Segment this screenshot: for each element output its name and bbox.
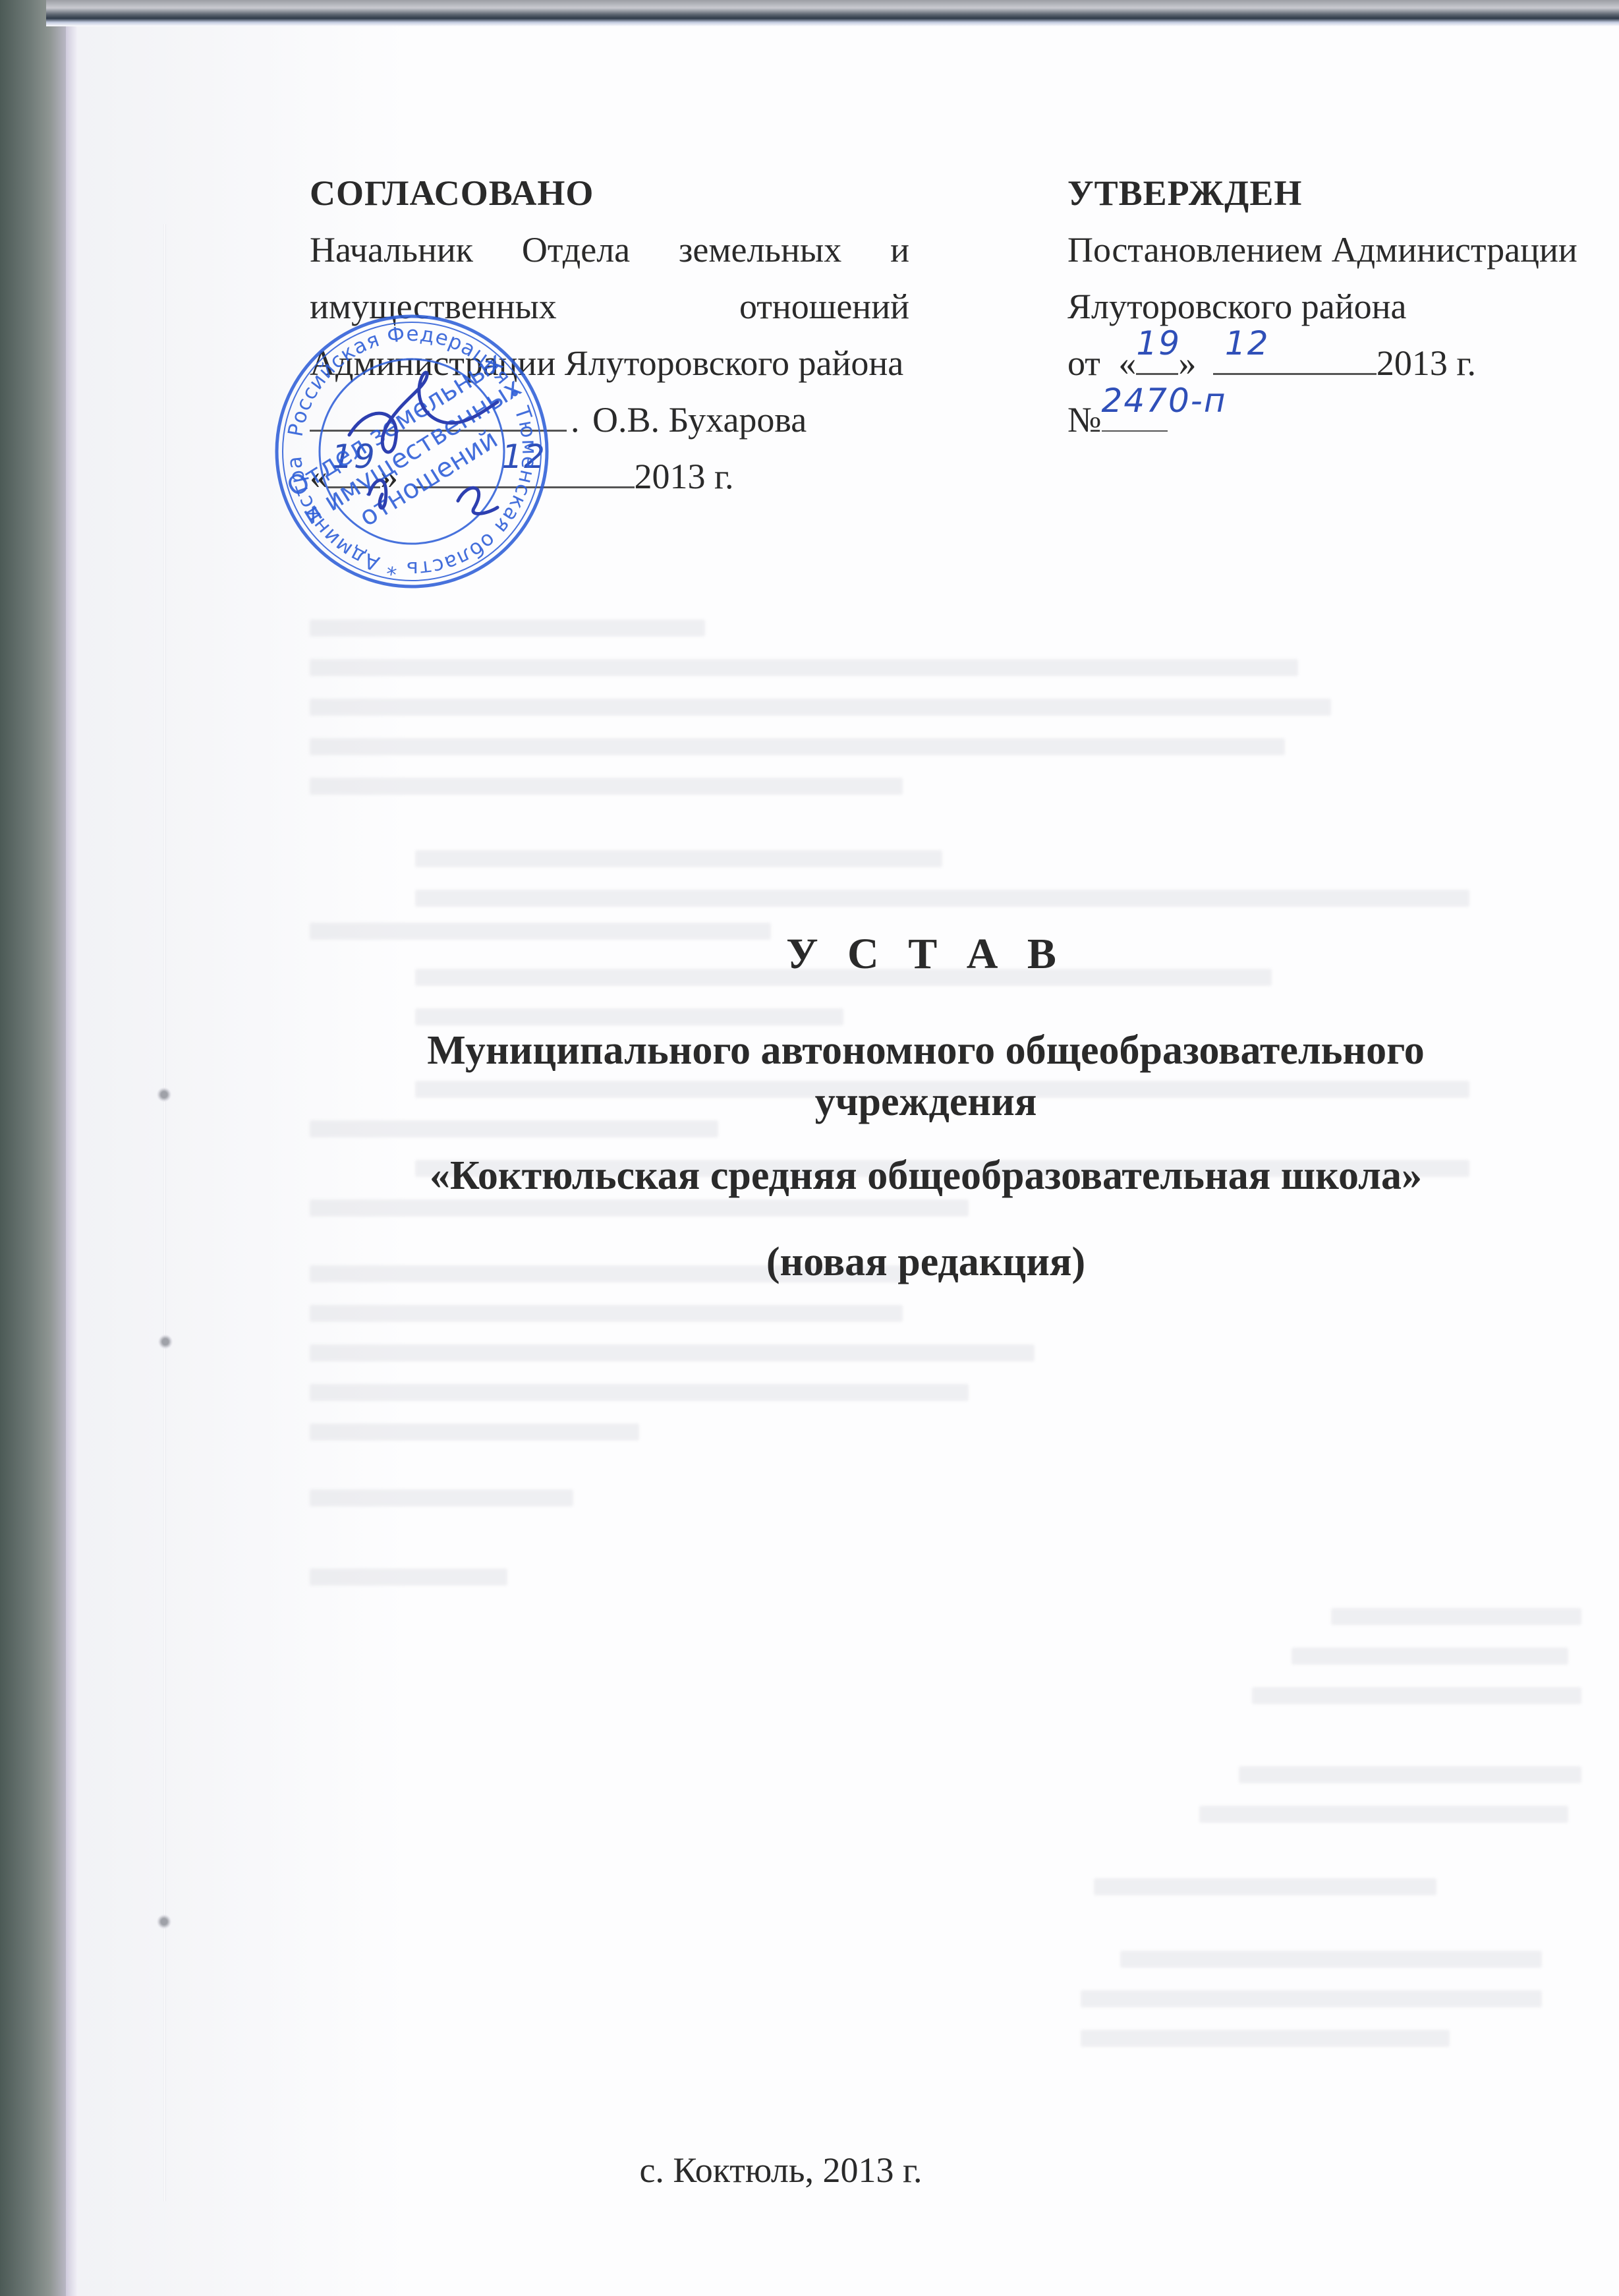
handwritten-number: 2470-п	[1102, 372, 1227, 429]
institution-line1: Муниципального автономного общеобразоват…	[290, 1025, 1562, 1076]
binding-thread	[163, 224, 166, 2201]
approval-heading-left: СОГЛАСОВАНО	[310, 165, 909, 221]
school-name: «Коктюльская средняя общеобразовательная…	[290, 1150, 1562, 1201]
stamp-seal-icon: Российская Федерация • Тюменская область…	[270, 310, 554, 593]
date-year: 2013 г.	[1377, 343, 1476, 383]
date-day-field: 19	[1136, 343, 1178, 375]
scanner-edge-left	[0, 0, 66, 2296]
date-prefix: от	[1067, 343, 1100, 383]
document-type-title: У С Т А В	[290, 929, 1562, 979]
word: и	[890, 221, 909, 278]
word: земельных	[679, 221, 841, 278]
number-prefix: №	[1067, 400, 1102, 440]
approval-heading-right: УТВЕРЖДЕН	[1067, 165, 1542, 221]
edition-note: (новая редакция)	[290, 1239, 1562, 1286]
institution-line2: учреждения	[290, 1076, 1562, 1128]
date-month-field: 12	[1213, 343, 1377, 375]
place-and-year: с. Коктюль, 2013 г.	[290, 2150, 1272, 2191]
date-year: 2013 г.	[635, 457, 734, 496]
approval-left-line1: Начальник Отдела земельных и	[310, 221, 909, 278]
handwritten-day: 19	[1136, 315, 1178, 372]
number-field: 2470-п	[1102, 400, 1168, 432]
approval-block-right: УТВЕРЖДЕН Постановлением Администрации Я…	[1067, 165, 1542, 448]
word: отношений	[739, 278, 909, 335]
paper-edge-shadow	[66, 0, 78, 2296]
approval-right-number: №2470-п	[1067, 391, 1542, 448]
word: Начальник	[310, 221, 473, 278]
binding-hole	[158, 1335, 173, 1349]
institution-name: Муниципального автономного общеобразоват…	[290, 1025, 1562, 1128]
binding-hole	[157, 1914, 171, 1929]
word: Отдела	[522, 221, 630, 278]
binding-hole	[157, 1087, 171, 1102]
official-stamp: Российская Федерация • Тюменская область…	[270, 310, 554, 593]
handwritten-month: 12	[1225, 315, 1377, 372]
approval-right-line1: Постановлением Администрации	[1067, 221, 1542, 278]
scanner-edge-top	[46, 0, 1619, 26]
